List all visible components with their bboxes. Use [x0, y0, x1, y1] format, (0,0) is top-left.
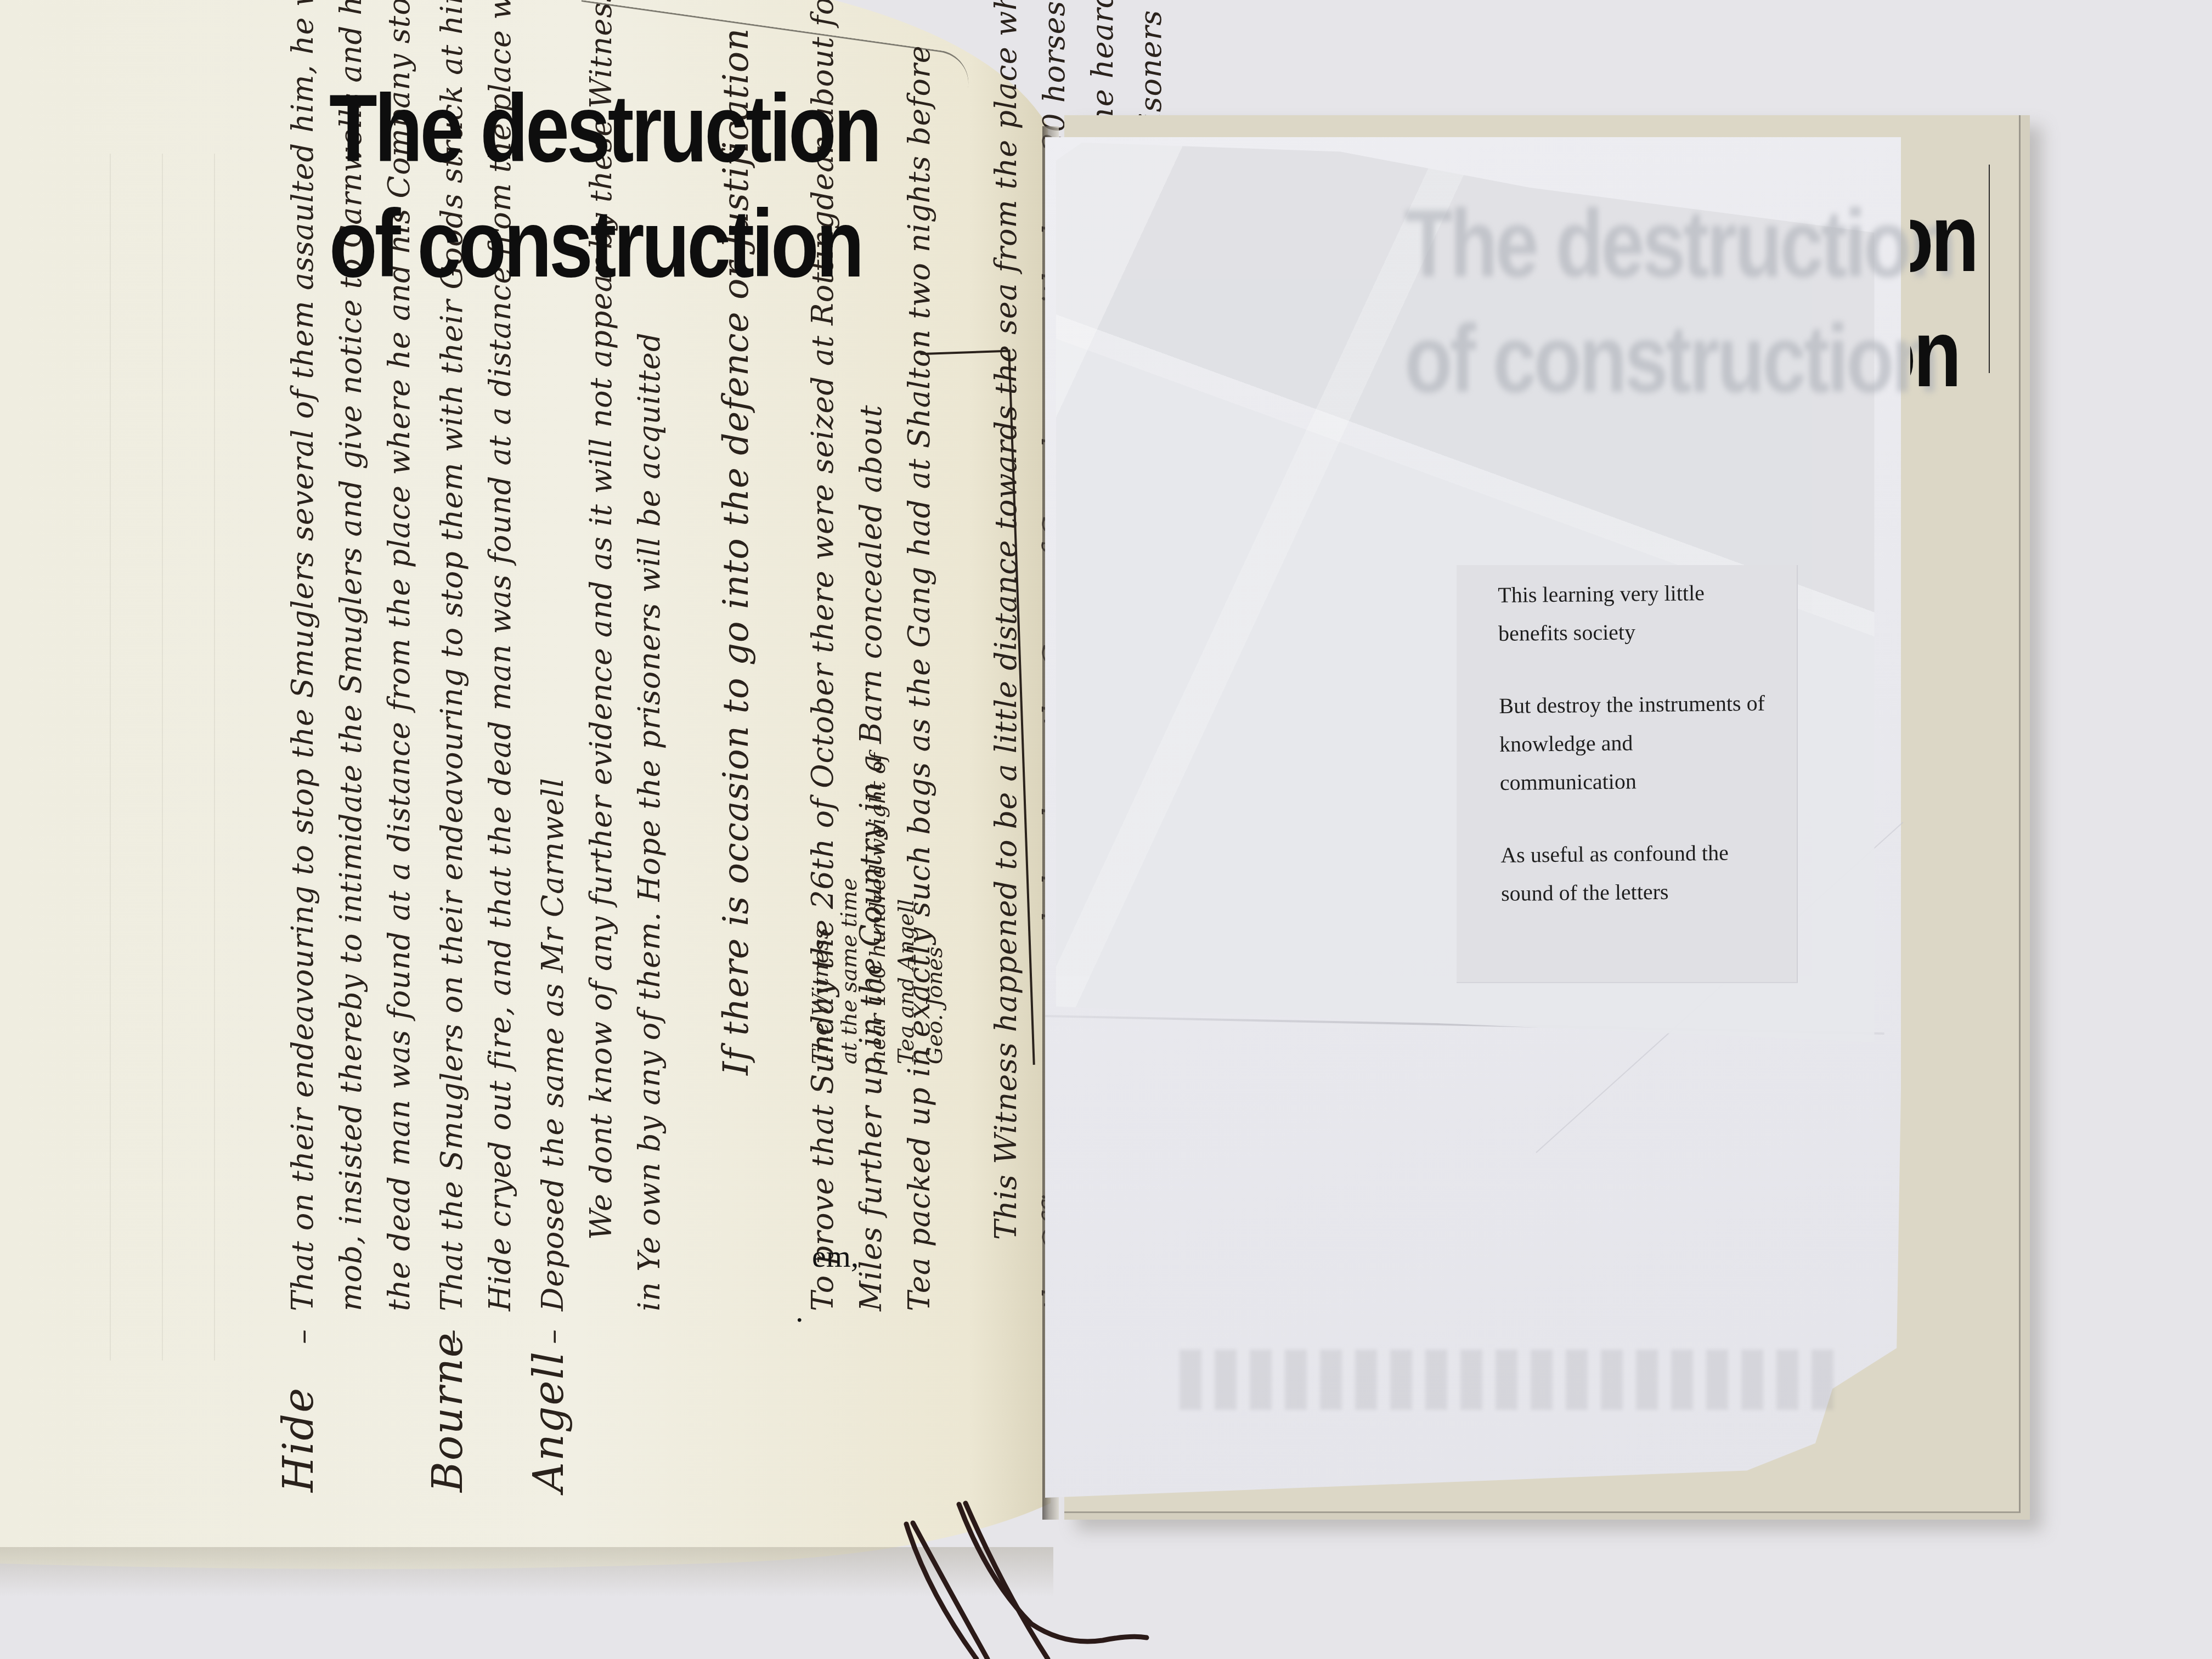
poem-line: sound of the letters [1501, 871, 1853, 913]
marginal-line: near 100 hundred weight of [864, 351, 892, 1064]
headline-line: The destruction [329, 71, 879, 187]
bleed-through-writing [77, 154, 230, 1361]
headline-line: The destruction [1910, 181, 1977, 296]
headline-show-through: The destruction of construction [1404, 187, 1955, 417]
headline-visible-tail: The destruction of construction [1910, 181, 2009, 411]
poem-stanza: This learning very little benefits socie… [1498, 572, 1849, 653]
deponent-name: Bourne [424, 1344, 472, 1492]
poem-stanza: As useful as confound the sound of the l… [1500, 832, 1852, 913]
marginal-line: The Witness [806, 351, 835, 1064]
marginal-line: Tea and Angell [892, 351, 921, 1064]
poem-line: This learning very little [1498, 572, 1849, 614]
poem-line: But destroy the instruments of [1499, 683, 1850, 725]
text-fragment: em, [165, 1229, 859, 1284]
poem-line: benefits society [1498, 611, 1850, 653]
deponent-name: Hide [274, 1344, 323, 1492]
headline-line: The destruction [1404, 187, 1955, 302]
marginal-note: The Witness at the same time near 100 hu… [806, 351, 949, 1064]
poem-stanza: But destroy the instruments of knowledge… [1499, 683, 1851, 802]
poem-line: As useful as confound the [1500, 832, 1852, 874]
bleed-through-text [1180, 1350, 1838, 1410]
headline-line: of construction [1404, 302, 1955, 417]
deponent-name: Angell [524, 1344, 573, 1492]
marginal-line: at the same time [835, 351, 864, 1064]
headline-line: of construction [329, 187, 879, 302]
marginal-line: Geo. Jones [921, 351, 949, 1064]
cover-bottom-text: em, . [165, 1229, 859, 1339]
printed-poem: This learning very little benefits socie… [1498, 572, 1853, 947]
poem-line: communication [1500, 760, 1852, 802]
poem-line: knowledge and [1499, 721, 1851, 764]
cover-headline: The destruction of construction [329, 71, 879, 302]
headline-line: of construction [1910, 296, 1977, 411]
text-fragment: . [165, 1284, 859, 1339]
manuscript-line: That on their endeavouring to stop the S… [279, 0, 327, 1311]
